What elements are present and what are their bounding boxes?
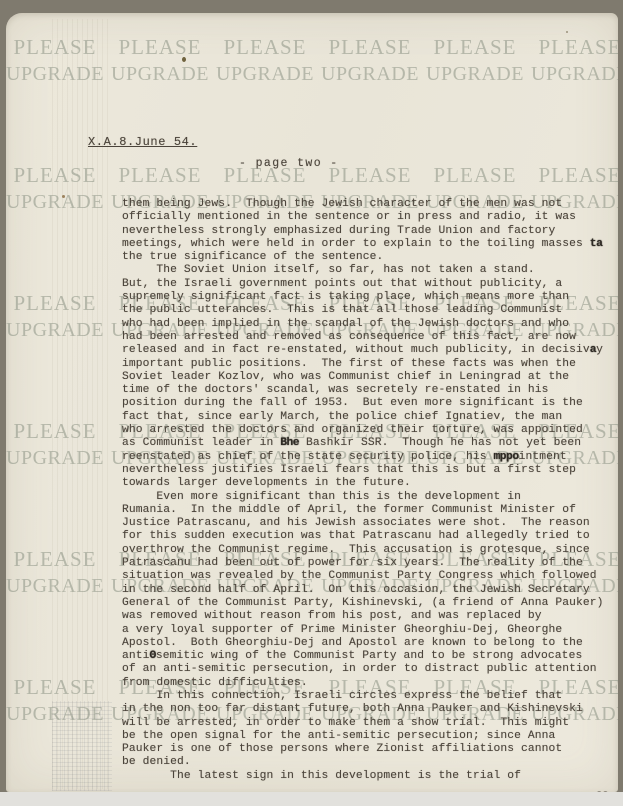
document-line: the public utterances. This is that all … <box>122 304 602 317</box>
document-body: them being Jews. Though the Jewish chara… <box>122 198 602 783</box>
paper-sheet: PLEASEUPGRADEPLEASEUPGRADEPLEASEUPGRADEP… <box>6 13 618 792</box>
ink-speck <box>62 195 65 198</box>
document-line: be denied. <box>122 756 602 769</box>
document-line: overthrow the Communist regime. This acc… <box>122 544 602 557</box>
document-line: from domestic difficulties. <box>122 677 602 690</box>
document-line: officially mentioned in the sentence or … <box>122 211 602 224</box>
document-line: them being Jews. Though the Jewish chara… <box>122 198 602 211</box>
document-line: reenstated as chief of the state securit… <box>122 451 602 464</box>
document-line: The latest sign in this development is t… <box>122 770 602 783</box>
document-line: The Soviet Union itself, so far, has not… <box>122 264 602 277</box>
document-line: But, the Israeli government points out t… <box>122 278 602 291</box>
document-line: in the non too far distant future, both … <box>122 703 602 716</box>
document-line: supremely significant fact is taking pla… <box>122 291 602 304</box>
document-line: situation was revealed by the Communist … <box>122 570 602 583</box>
document-line: In this connection, Israeli circles expr… <box>122 690 602 703</box>
document-line: will be arrested, in order to make them … <box>122 717 602 730</box>
document-line: in the second half of April. On this occ… <box>122 584 602 597</box>
ink-speck <box>182 57 186 62</box>
document-line: fact that, since early March, the police… <box>122 411 602 424</box>
document-line: towards larger developments in the futur… <box>122 477 602 490</box>
document-line: nevertheless justifies Israeli fears tha… <box>122 464 602 477</box>
document-line: Patrascanu had been out of power for six… <box>122 557 602 570</box>
scanned-document-screenshot: { "document": { "reference": "X.A.8.June… <box>0 0 623 806</box>
document-line: as Communist leader in Bhe Bashkir SSR. … <box>122 437 602 450</box>
document-line: Justice Patrascanu, and his Jewish assoc… <box>122 517 602 530</box>
document-line: General of the Communist Party, Kishinev… <box>122 597 602 610</box>
document-line: Soviet leader Kozlov, who was Communist … <box>122 371 602 384</box>
document-line: a very loyal supporter of Prime Minister… <box>122 624 602 637</box>
document-line: of an anti-semitic persecution, in order… <box>122 663 602 676</box>
document-reference: X.A.8.June 54. <box>88 135 197 149</box>
document-line: be the open signal for the anti-semitic … <box>122 730 602 743</box>
document-line: time of the doctors' scandal, was secret… <box>122 384 602 397</box>
document-line: important public positions. The first of… <box>122 358 602 371</box>
document-line: was removed without reason from his post… <box>122 610 602 623</box>
ink-speck <box>566 31 568 33</box>
document-content: X.A.8.June 54. - page two - them being J… <box>6 13 618 792</box>
document-line: antiΘsemitic wing of the Communist Party… <box>122 650 602 663</box>
document-line: position during the fall of 1953. But ev… <box>122 397 602 410</box>
document-line: nevertheless strongly emphasized during … <box>122 225 602 238</box>
document-line: Pauker is one of those persons where Zio… <box>122 743 602 756</box>
document-line: Rumania. In the middle of April, the for… <box>122 504 602 517</box>
document-line: Apostol. Both Gheorghiu-Dej and Apostol … <box>122 637 602 650</box>
scanner-edge-strip <box>0 792 623 806</box>
document-line: had been arrested and removed as consequ… <box>122 331 602 344</box>
document-line: Even more significant than this is the d… <box>122 491 602 504</box>
document-line: who arrested the doctors and organized t… <box>122 424 602 437</box>
document-line: released and in fact re-enstated, withou… <box>122 344 602 357</box>
page-label: - page two - <box>239 157 339 170</box>
document-line: the true significance of the sentence. <box>122 251 602 264</box>
document-line: meetings, which were held in order to ex… <box>122 238 602 251</box>
document-line: for this sudden execution was that Patra… <box>122 530 602 543</box>
document-line: who had been implied in the scandal of t… <box>122 318 602 331</box>
